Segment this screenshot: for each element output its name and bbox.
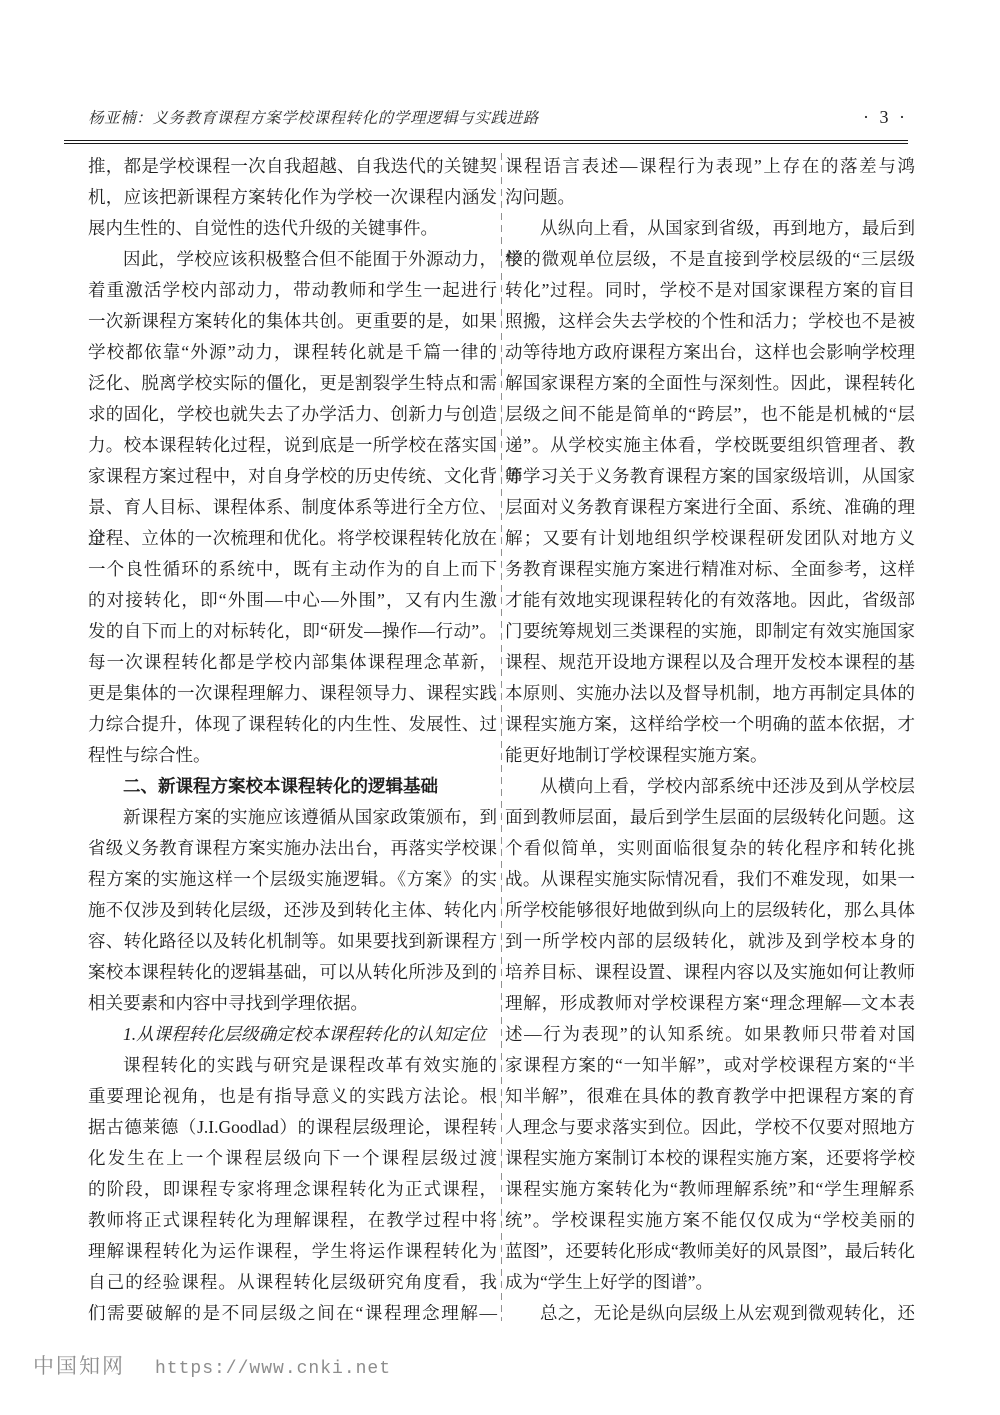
text-line: 程性与综合性。: [88, 740, 497, 771]
text-line: 解国家课程方案的全面性与深刻性。因此，课程转化: [505, 368, 915, 399]
text-line: 课程语言表述—课程行为表现”上存在的落差与鸿: [505, 151, 915, 182]
text-line: 的对接转化，即“外围—中心—外围”，又有内生激: [88, 585, 497, 616]
text-line: 务教育课程实施方案进行精准对标、全面参考，这样: [505, 554, 915, 585]
text-line: 推，都是学校课程一次自我超越、自我迭代的关键契: [88, 151, 497, 182]
text-line: 门要统筹规划三类课程的实施，即制定有效实施国家: [505, 616, 915, 647]
cnki-watermark-text: 中国知网: [33, 1350, 125, 1380]
text-line: 从横向上看，学校内部系统中还涉及到从学校层: [505, 771, 915, 802]
text-line: 的阶段，即课程专家将理念课程转化为正式课程，: [88, 1174, 497, 1205]
article-body: 推，都是学校课程一次自我超越、自我迭代的关键契机，应该把新课程方案转化作为学校一…: [88, 151, 915, 1329]
journal-page: { "header": { "running_title": "杨亚楠：义务教育…: [0, 0, 1000, 1415]
text-line: 蓝图”，还要转化形成“教师美好的风景图”，最后转化: [505, 1236, 915, 1267]
text-line: 沟问题。: [505, 182, 915, 213]
text-line: 案校本课程转化的逻辑基础，可以从转化所涉及到的: [88, 957, 497, 988]
text-line: 发的自下而上的对标转化，即“研发—操作—行动”。: [88, 616, 497, 647]
text-line: 递”。从学校实施主体看，学校既要组织管理者、教师: [505, 430, 915, 461]
text-line: 所学校能够很好地做到纵向上的层级转化，那么具体: [505, 895, 915, 926]
text-line: 统”。学校课程实施方案不能仅仅成为“学校美丽的: [505, 1205, 915, 1236]
text-line: 每一次课程转化都是学校内部集体课程理念革新，: [88, 647, 497, 678]
text-line: 战。从课程实施实际情况看，我们不难发现，如果一: [505, 864, 915, 895]
text-line: 到一所学校内部的层级转化，就涉及到学校本身的: [505, 926, 915, 957]
text-line: 自己的经验课程。从课程转化层级研究角度看，我: [88, 1267, 497, 1298]
text-line: 动等待地方政府课程方案出台，这样也会影响学校理: [505, 337, 915, 368]
text-line: 化发生在上一个课程层级向下一个课程层级过渡: [88, 1143, 497, 1174]
column-divider: [501, 153, 502, 1321]
text-line: 课程实施方案制订本校的课程实施方案，还要将学校: [505, 1143, 915, 1174]
subsection-heading: 1.从课程转化层级确定校本课程转化的认知定位: [88, 1019, 497, 1050]
text-line: 课程转化的实践与研究是课程改革有效实施的: [88, 1050, 497, 1081]
page-header: 杨亚楠：义务教育课程方案学校课程转化的学理逻辑与实践进路 · 3 ·: [64, 106, 908, 128]
text-line: 着重激活学校内部动力，带动教师和学生一起进行: [88, 275, 497, 306]
left-column: 推，都是学校课程一次自我超越、自我迭代的关键契机，应该把新课程方案转化作为学校一…: [88, 151, 497, 1329]
text-line: 解；又要有计划地组织学校课程研发团队对地方义: [505, 523, 915, 554]
text-line: 等学习关于义务教育课程方案的国家级培训，从国家: [505, 461, 915, 492]
right-column: 课程语言表述—课程行为表现”上存在的落差与鸿沟问题。从纵向上看，从国家到省级，再…: [505, 151, 915, 1329]
text-line: 一个良性循环的系统中，既有主动作为的自上而下: [88, 554, 497, 585]
text-line: 因此，学校应该积极整合但不能囿于外源动力，: [88, 244, 497, 275]
header-double-rule: [64, 140, 908, 144]
section-heading: 二、新课程方案校本课程转化的逻辑基础: [88, 771, 497, 802]
text-line: 更是集体的一次课程理解力、课程领导力、课程实践: [88, 678, 497, 709]
page-number: · 3 ·: [863, 107, 908, 128]
text-line: 人理念与要求落实到位。因此，学校不仅要对照地方: [505, 1112, 915, 1143]
text-line: 照搬，这样会失去学校的个性和活力；学校也不是被: [505, 306, 915, 337]
text-line: 总之，无论是纵向层级上从宏观到微观转化，还: [505, 1298, 915, 1329]
text-line: 理解，形成教师对学校课程方案“理念理解—文本表: [505, 988, 915, 1019]
running-title: 杨亚楠：义务教育课程方案学校课程转化的学理逻辑与实践进路: [64, 106, 539, 128]
text-line: 省级义务教育课程方案实施办法出台，再落实学校课: [88, 833, 497, 864]
text-line: 一次新课程方案转化的集体共创。更重要的是，如果: [88, 306, 497, 337]
text-line: 泛化、脱离学校实际的僵化，更是割裂学生特点和需: [88, 368, 497, 399]
text-line: 课程实施方案转化为“教师理解系统”和“学生理解系: [505, 1174, 915, 1205]
text-line: 才能有效地实现课程转化的有效落地。因此，省级部: [505, 585, 915, 616]
text-line: 们需要破解的是不同层级之间在“课程理念理解—: [88, 1298, 497, 1329]
text-line: 家课程方案的“一知半解”，或对学校课程方案的“半: [505, 1050, 915, 1081]
text-line: 转化”过程。同时，学校不是对国家课程方案的盲目: [505, 275, 915, 306]
text-line: 述—行为表现”的认知系统。如果教师只带着对国: [505, 1019, 915, 1050]
text-line: 知半解”，很难在具体的教育教学中把课程方案的育: [505, 1081, 915, 1112]
text-line: 学校都依靠“外源”动力，课程转化就是千篇一律的: [88, 337, 497, 368]
text-line: 层面对义务教育课程方案进行全面、系统、准确的理: [505, 492, 915, 523]
text-line: 理解课程转化为运作课程，学生将运作课程转化为: [88, 1236, 497, 1267]
text-line: 从纵向上看，从国家到省级，再到地方，最后到学: [505, 213, 915, 244]
text-line: 能更好地制订学校课程实施方案。: [505, 740, 915, 771]
text-line: 施不仅涉及到转化层级，还涉及到转化主体、转化内: [88, 895, 497, 926]
cnki-watermark-url: https://www.cnki.net: [155, 1359, 391, 1379]
text-line: 容、转化路径以及转化机制等。如果要找到新课程方: [88, 926, 497, 957]
text-line: 课程实施方案，这样给学校一个明确的蓝本依据，才: [505, 709, 915, 740]
text-line: 本原则、实施办法以及督导机制，地方再制定具体的: [505, 678, 915, 709]
text-line: 培养目标、课程设置、课程内容以及实施如何让教师: [505, 957, 915, 988]
text-line: 过程、立体的一次梳理和优化。将学校课程转化放在: [88, 523, 497, 554]
text-line: 展内生性的、自觉性的迭代升级的关键事件。: [88, 213, 497, 244]
text-line: 层级之间不能是简单的“跨层”，也不能是机械的“层: [505, 399, 915, 430]
text-line: 家课程方案过程中，对自身学校的历史传统、文化背: [88, 461, 497, 492]
text-line: 重要理论视角，也是有指导意义的实践方法论。根: [88, 1081, 497, 1112]
text-line: 新课程方案的实施应该遵循从国家政策颁布，到: [88, 802, 497, 833]
text-line: 面到教师层面，最后到学生层面的层级转化问题。这: [505, 802, 915, 833]
text-line: 校的微观单位层级，不是直接到学校层级的“三层级: [505, 244, 915, 275]
text-line: 教师将正式课程转化为理解课程，在教学过程中将: [88, 1205, 497, 1236]
text-line: 程方案的实施这样一个层级实施逻辑。《方案》的实: [88, 864, 497, 895]
text-line: 相关要素和内容中寻找到学理依据。: [88, 988, 497, 1019]
watermark: 中国知网 https://www.cnki.net: [33, 1350, 391, 1380]
text-line: 力。校本课程转化过程，说到底是一所学校在落实国: [88, 430, 497, 461]
text-line: 课程、规范开设地方课程以及合理开发校本课程的基: [505, 647, 915, 678]
text-line: 景、育人目标、课程体系、制度体系等进行全方位、全: [88, 492, 497, 523]
text-line: 个看似简单，实则面临很复杂的转化程序和转化挑: [505, 833, 915, 864]
text-line: 求的固化，学校也就失去了办学活力、创新力与创造: [88, 399, 497, 430]
text-line: 力综合提升，体现了课程转化的内生性、发展性、过: [88, 709, 497, 740]
text-line: 机，应该把新课程方案转化作为学校一次课程内涵发: [88, 182, 497, 213]
text-line: 据古德莱德（J.I.Goodlad）的课程层级理论，课程转: [88, 1112, 497, 1143]
text-line: 成为“学生上好学的图谱”。: [505, 1267, 915, 1298]
